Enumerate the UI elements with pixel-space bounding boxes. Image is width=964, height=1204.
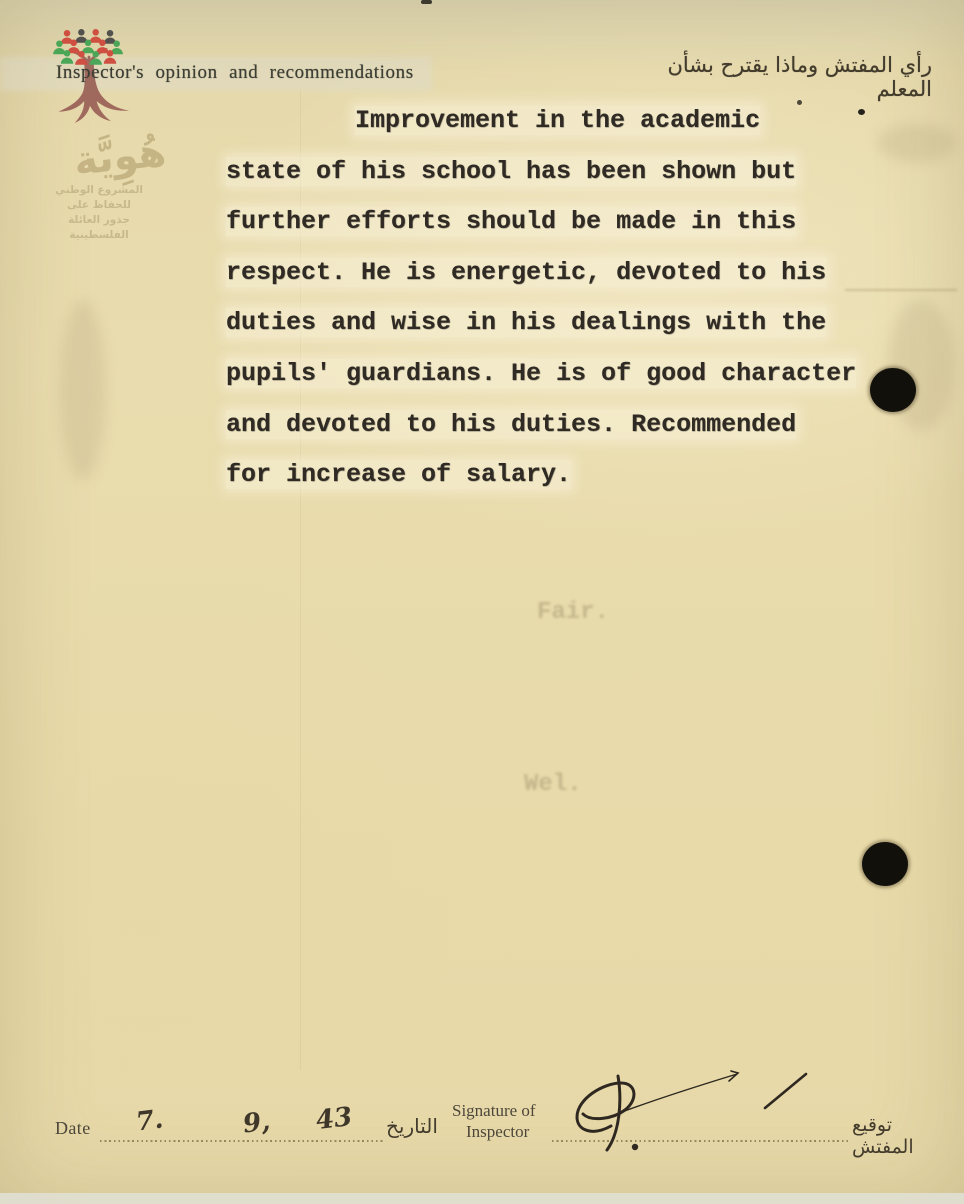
watermark-calligraphy: هُوِيَّة [52,129,168,186]
hole-punch [862,842,908,886]
typewritten-line: respect. He is energetic, devoted to his [226,258,906,309]
inspector-remarks: Improvement in the academic state of his… [226,106,906,511]
handwritten-date-day: 7. [134,1104,165,1137]
typewritten-line: further efforts should be made in this [226,207,906,258]
typewritten-line: duties and wise in his dealings with the [226,308,906,359]
ghost-text: Wel. [524,771,582,798]
typewritten-line: for increase of salary. [226,460,906,511]
typewritten-line: Improvement in the academic [226,106,906,157]
bleedthrough-smudge [60,300,106,480]
scan-edge-strip [0,1193,964,1204]
typewritten-line: and devoted to his duties. Recommended [226,410,906,461]
ghost-text: Fair. [537,599,609,626]
typewritten-line: state of his school has been shown but [226,157,906,208]
date-dotted-line [100,1140,384,1142]
form-heading-arabic: رأي المفتش وماذا يقترح بشأن المعلم [630,53,932,101]
signature-label-english: Signature of Inspector [452,1100,536,1142]
scanned-document-page: هُوِيَّة المشروع الوطني للحفاظ على جذور … [0,0,964,1204]
watermark-text-line1: المشروع الوطني للحفاظ على [40,183,158,213]
inspector-signature [525,1048,815,1156]
handwritten-date-month: 9, [241,1106,272,1139]
date-label-english: Date [55,1118,91,1139]
archive-watermark-logo: هُوِيَّة المشروع الوطني للحفاظ على جذور … [46,28,166,243]
form-heading-english: Inspector's opinion and recommendations [56,62,414,84]
handwritten-date-year: 43 [314,1102,354,1136]
scan-speck [421,0,432,4]
date-label-arabic: التاريخ [386,1114,438,1138]
typewritten-line: pupils' guardians. He is of good charact… [226,359,906,410]
hole-punch [870,368,916,412]
signature-label-arabic: توقيع المفتش [852,1114,942,1158]
watermark-text-line2: جذور العائلة الفلسطينية [40,213,158,243]
